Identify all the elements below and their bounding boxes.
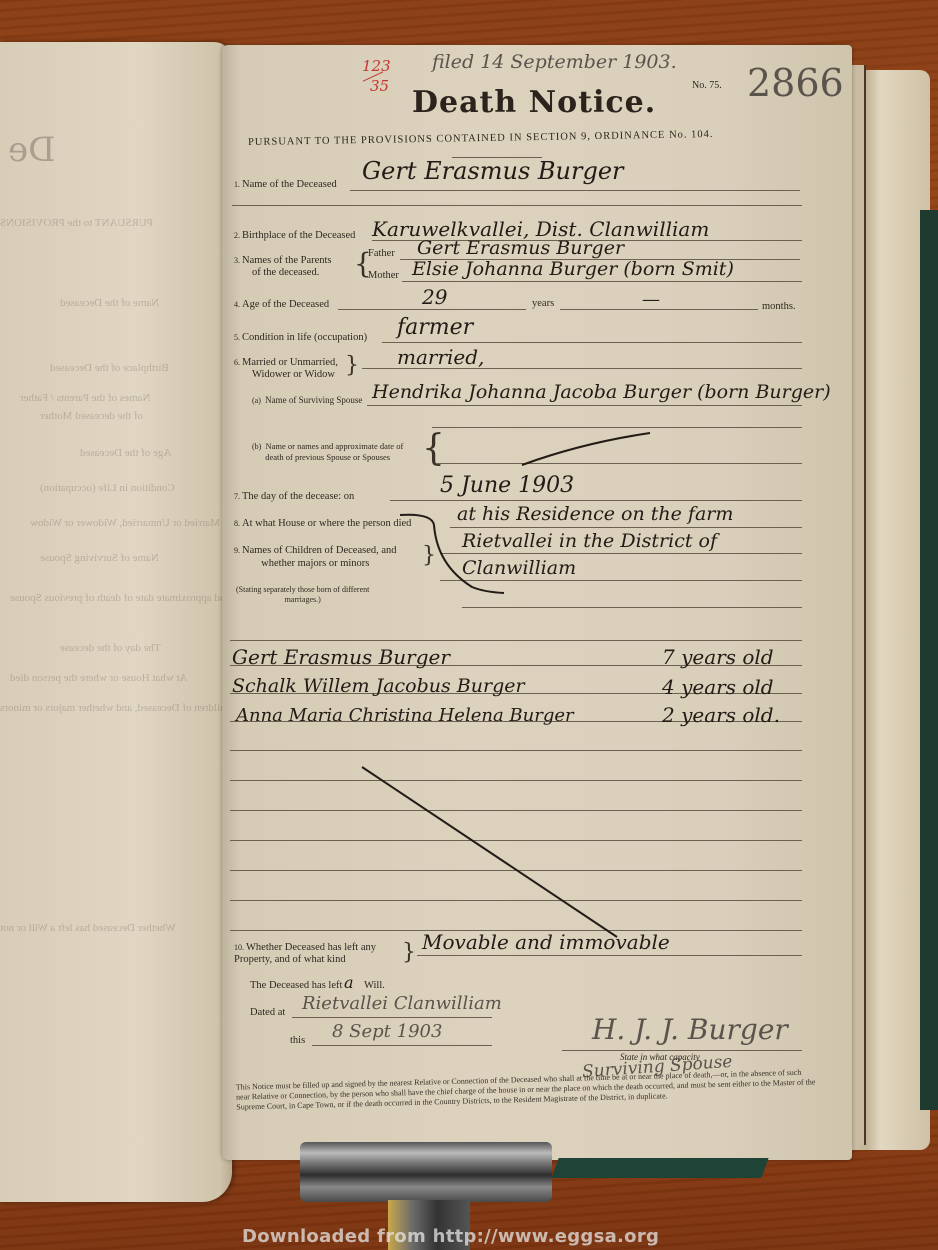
signature: H. J. J. Burger (592, 1013, 788, 1046)
dated-at-label: Dated at (250, 1007, 285, 1018)
ghost-line: Birthplace of the Deceased (50, 362, 169, 374)
this-date-value: 8 Sept 1903 (332, 1021, 442, 1042)
will-value: a (344, 973, 354, 992)
green-ribbon (551, 1158, 768, 1178)
this-label: this (290, 1035, 305, 1046)
ghost-line: Condition in Life (occupation) (40, 482, 175, 494)
metal-clamp (300, 1142, 552, 1202)
ghost-line: At what House or where the person died (10, 672, 187, 684)
ghost-line: Name of Surviving Spouse (40, 552, 159, 564)
green-book-cover (920, 210, 938, 1110)
will-label-suffix: Will. (364, 980, 385, 991)
field-value-property: Movable and immovable (422, 930, 670, 954)
ghost-line: Age of the Deceased (80, 447, 171, 459)
ghost-line: PURSUANT to the PROVISIONS (0, 217, 153, 229)
ghost-line: Married or Unmarried, Widower or Widow (30, 517, 220, 529)
signature-line (562, 1050, 802, 1051)
field-label-property: 10.Whether Deceased has left anyProperty… (234, 942, 376, 966)
ghost-line: Whether Deceased has left a Will or not (0, 922, 176, 934)
brace: } (402, 942, 416, 964)
ghost-line: Name of the Deceased (60, 297, 159, 309)
left-page: De PURSUANT to the PROVISIONS Name of th… (0, 42, 232, 1202)
ghost-line: Names of the Parents / Father (20, 392, 150, 404)
field-line (417, 955, 802, 956)
will-label-prefix: The Deceased has left (250, 980, 342, 991)
ghost-title: De (8, 130, 55, 170)
dated-at-value: Rietvallei Clanwilliam (302, 993, 502, 1014)
field-line (292, 1017, 492, 1018)
death-notice-form: filed 14 September 1903. 123 35 No. 75. … (222, 45, 852, 1160)
ghost-line: The day of the decease (60, 642, 161, 654)
ghost-line: of the deceased Mother (40, 410, 143, 422)
field-line (312, 1045, 492, 1046)
source-watermark: Downloaded from http://www.eggsa.org (242, 1226, 659, 1247)
